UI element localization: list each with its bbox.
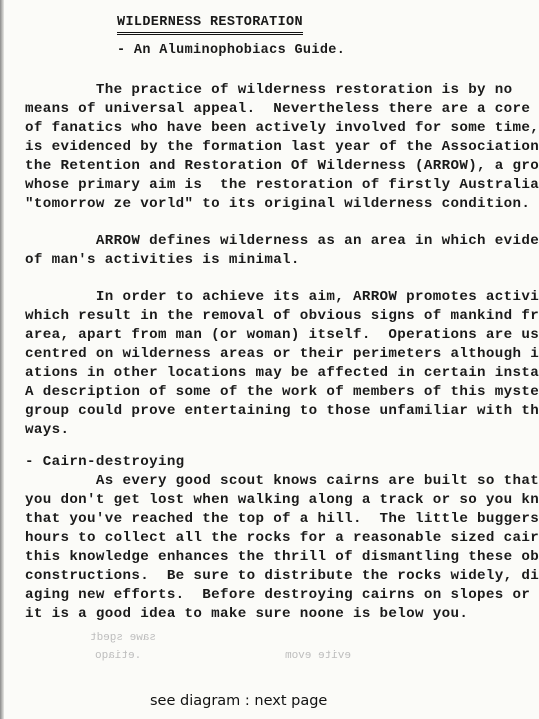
text-line: aging new efforts. Before destroying cai…	[25, 587, 539, 603]
text-line: whose primary aim is the restoration of …	[25, 177, 539, 193]
text-line: it is a good idea to make sure noone is …	[25, 606, 468, 622]
show-through-text: sawe sgedt	[90, 632, 156, 644]
text-line: which result in the removal of obvious s…	[25, 308, 539, 324]
section-heading: - Cairn-destroying	[25, 454, 185, 470]
text-line: of fanatics who have been actively invol…	[25, 120, 539, 136]
page-edge-shadow	[0, 0, 4, 719]
document-title: WILDERNESS RESTORATION	[117, 15, 303, 35]
text-line: As every good scout knows cairns are bui…	[25, 473, 539, 489]
text-line: ations in other locations may be affecte…	[25, 365, 539, 381]
text-line: "tomorrow ze vorld" to its original wild…	[25, 196, 530, 212]
document-subtitle: - An Aluminophobiacs Guide.	[117, 43, 345, 59]
text-line: this knowledge enhances the thrill of di…	[25, 549, 539, 565]
text-line: hours to collect all the rocks for a rea…	[25, 530, 539, 546]
text-line: is evidenced by the formation last year …	[25, 139, 539, 155]
text-line: centred on wilderness areas or their per…	[25, 346, 539, 362]
text-line: ways.	[25, 422, 69, 438]
text-line: In order to achieve its aim, ARROW promo…	[25, 289, 539, 305]
text-line: the Retention and Restoration Of Wildern…	[25, 158, 539, 174]
text-line: that you've reached the top of a hill. T…	[25, 511, 539, 527]
handwritten-note: see diagram : next page	[150, 693, 327, 709]
text-line: of man's activities is minimal.	[25, 252, 300, 268]
text-line: group could prove entertaining to those …	[25, 403, 539, 419]
show-through-text: evite evom	[285, 650, 351, 662]
text-line: area, apart from man (or woman) itself. …	[25, 327, 539, 343]
text-line: constructions. Be sure to distribute the…	[25, 568, 539, 584]
text-line: means of universal appeal. Nevertheless …	[25, 101, 539, 117]
text-line: ARROW defines wilderness as an area in w…	[25, 233, 539, 249]
text-line: you don't get lost when walking along a …	[25, 492, 539, 508]
show-through-text: .etiaqo	[95, 650, 141, 662]
text-line: The practice of wilderness restoration i…	[25, 82, 513, 98]
text-line: A description of some of the work of mem…	[25, 384, 539, 400]
